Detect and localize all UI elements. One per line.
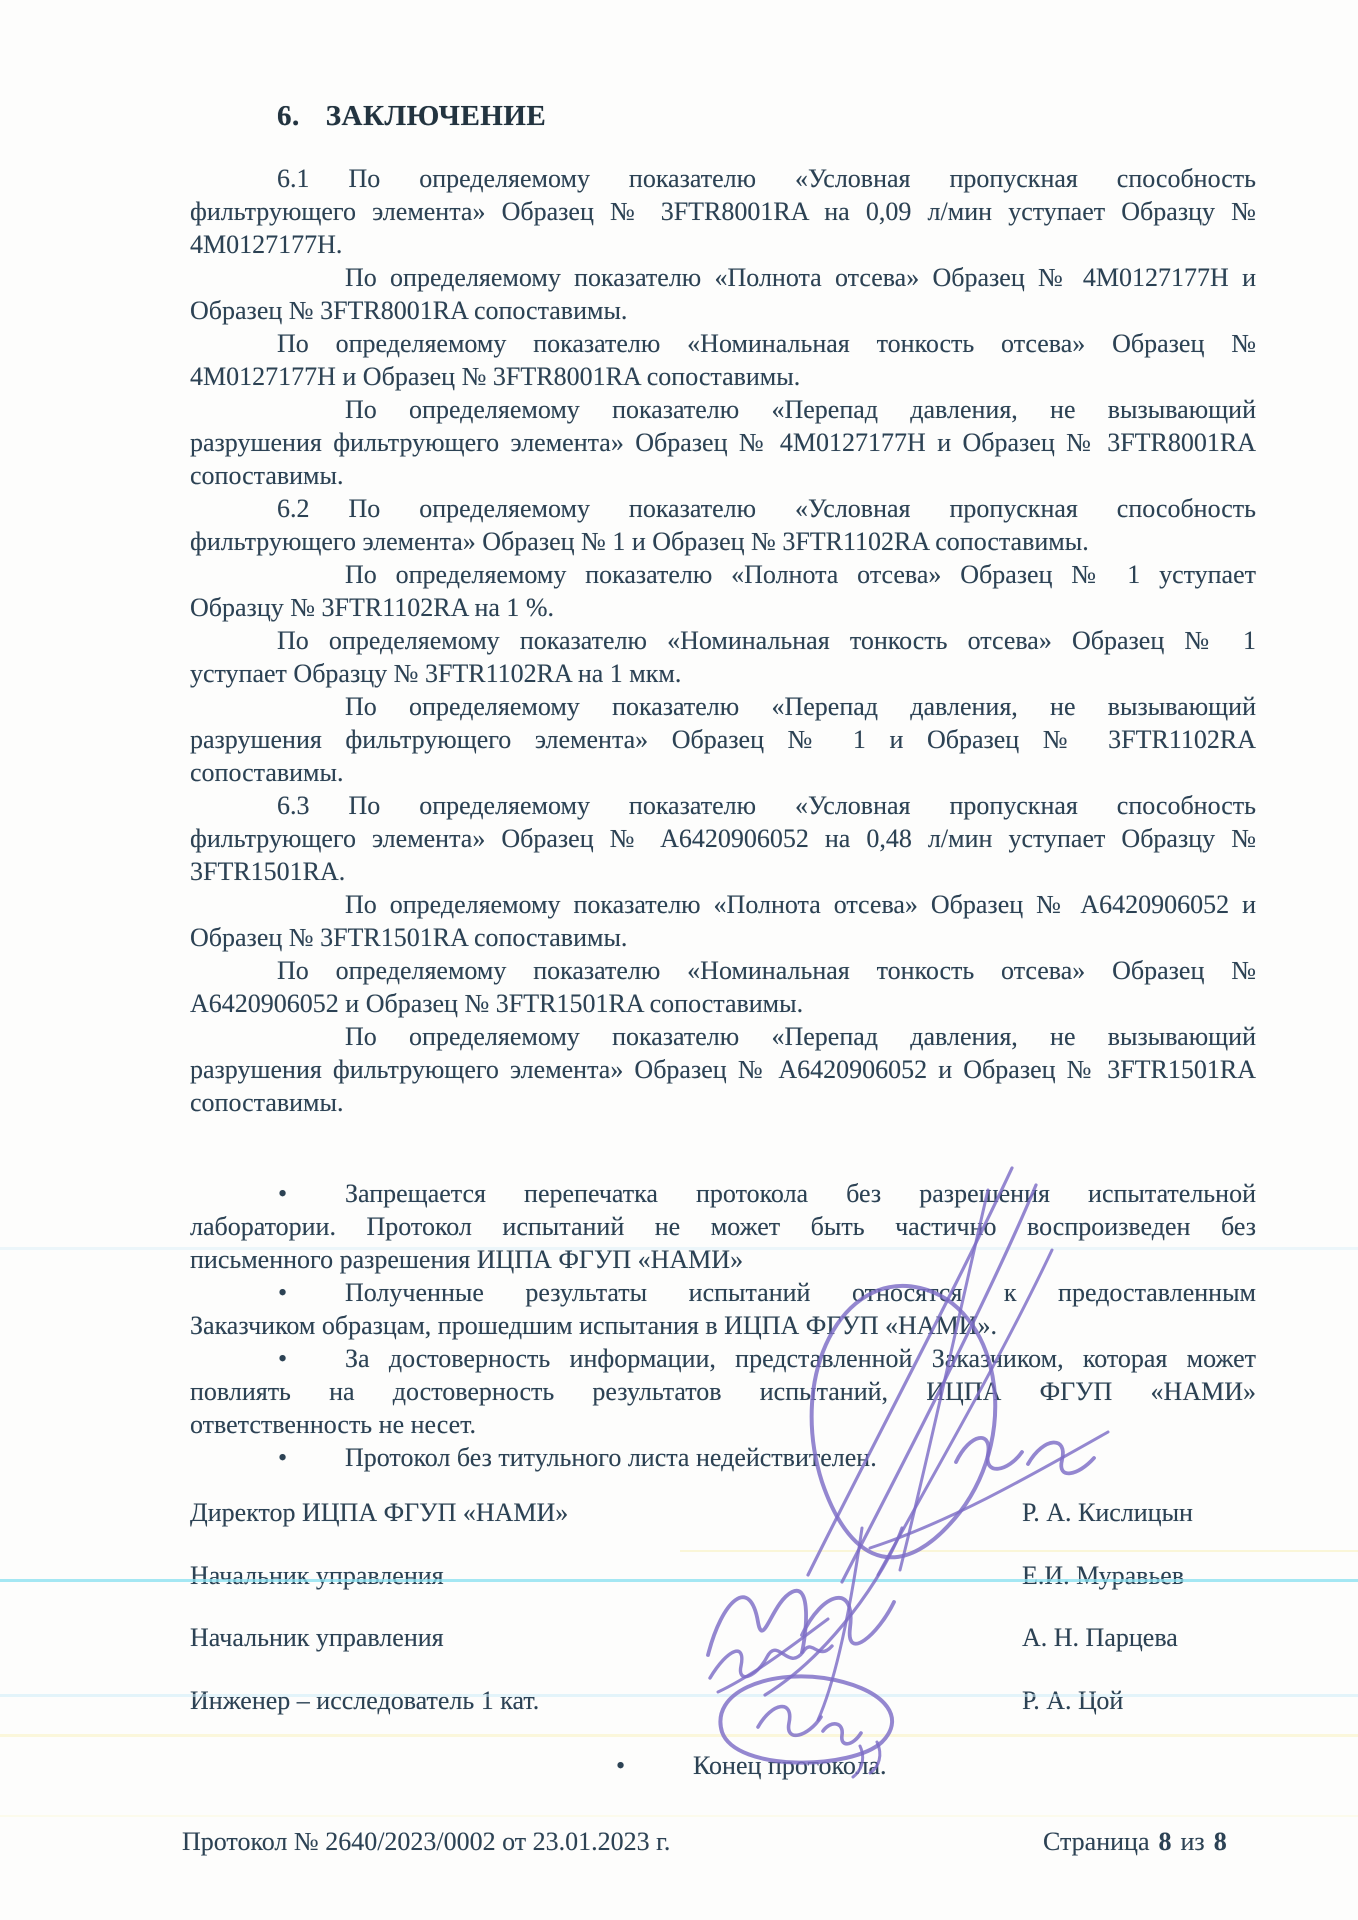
document-line: ответственность не несет. <box>190 1408 1256 1441</box>
document-line: фильтрующего элемента» Образец № A642090… <box>190 822 1256 855</box>
document-line: По определяемому показателю «Перепад дав… <box>190 1020 1256 1053</box>
note-text: Запрещается перепечатка протокола без ра… <box>345 1179 1256 1208</box>
signature-role: Начальник управления <box>190 1561 444 1590</box>
signature-row: Начальник управления Е.И. Муравьев <box>190 1559 1256 1593</box>
footer-protocol-number: Протокол № 2640/2023/0002 от 23.01.2023 … <box>182 1827 670 1857</box>
document-line: уступает Образцу № 3FTR1102RA на 1 мкм. <box>190 657 1256 690</box>
document-line: сопоставимы. <box>190 756 1256 789</box>
bullet-icon: • <box>616 1751 625 1781</box>
signature-role: Инженер – исследователь 1 кат. <box>190 1686 539 1715</box>
document-line: Образец № 3FTR1501RA сопоставимы. <box>190 921 1256 954</box>
signature-role: Начальник управления <box>190 1623 444 1652</box>
document-line: Образец № 3FTR8001RA сопоставимы. <box>190 294 1256 327</box>
signature-row: Директор ИЦПА ФГУП «НАМИ» Р. А. Кислицын <box>190 1496 1256 1530</box>
document-line: 6.3 По определяемому показателю «Условна… <box>190 789 1256 822</box>
page-label: Страница <box>1043 1827 1150 1856</box>
scan-artifact-line <box>680 1550 1358 1552</box>
document-line: По определяемому показателю «Номинальная… <box>190 327 1256 360</box>
document-page: 6.ЗАКЛЮЧЕНИЕ 6.1 По определяемому показа… <box>0 0 1358 1920</box>
note-text: Полученные результаты испытаний относятс… <box>345 1278 1256 1307</box>
conclusion-text-block: 6.1 По определяемому показателю «Условна… <box>190 162 1256 1119</box>
section-number: 6. <box>277 100 300 132</box>
document-line: A6420906052 и Образец № 3FTR1501RA сопос… <box>190 987 1256 1020</box>
notes-text-block: •Запрещается перепечатка протокола без р… <box>190 1177 1256 1474</box>
document-line: 4M0127177H. <box>190 228 1256 261</box>
scan-artifact-line <box>0 1815 1358 1817</box>
document-line: •Полученные результаты испытаний относят… <box>190 1276 1256 1309</box>
scan-artifact-line <box>0 1734 1358 1737</box>
bullet-icon: • <box>278 1441 287 1474</box>
document-line: письменного разрешения ИЦПА ФГУП «НАМИ» <box>190 1243 1256 1276</box>
document-line: фильтрующего элемента» Образец № 3FTR800… <box>190 195 1256 228</box>
document-line: По определяемому показателю «Полнота отс… <box>190 558 1256 591</box>
document-line: •Протокол без титульного листа недействи… <box>190 1441 1256 1474</box>
section-title: ЗАКЛЮЧЕНИЕ <box>326 100 547 132</box>
section-heading: 6.ЗАКЛЮЧЕНИЕ <box>277 100 546 133</box>
document-line: 6.2 По определяемому показателю «Условна… <box>190 492 1256 525</box>
bullet-icon: • <box>278 1342 287 1375</box>
note-text: За достоверность информации, представлен… <box>345 1344 1256 1373</box>
signature-name: Р. А. Кислицын <box>1022 1496 1193 1530</box>
signature-name: Р. А. Цой <box>1022 1684 1123 1718</box>
signature-role: Директор ИЦПА ФГУП «НАМИ» <box>190 1498 568 1527</box>
document-line: По определяемому показателю «Номинальная… <box>190 954 1256 987</box>
page-current: 8 <box>1159 1827 1172 1856</box>
signature-name: Е.И. Муравьев <box>1022 1559 1184 1593</box>
document-line: фильтрующего элемента» Образец № 1 и Обр… <box>190 525 1256 558</box>
document-line: 3FTR1501RA. <box>190 855 1256 888</box>
page-of-label: из <box>1181 1827 1205 1856</box>
document-line: По определяемому показателю «Полнота отс… <box>190 888 1256 921</box>
document-line: По определяемому показателю «Перепад дав… <box>190 690 1256 723</box>
document-line: Заказчиком образцам, прошедшим испытания… <box>190 1309 1256 1342</box>
document-line: 4M0127177H и Образец № 3FTR8001RA сопост… <box>190 360 1256 393</box>
document-line: 6.1 По определяемому показателю «Условна… <box>190 162 1256 195</box>
document-line: лаборатории. Протокол испытаний не может… <box>190 1210 1256 1243</box>
document-line: разрушения фильтрующего элемента» Образе… <box>190 1053 1256 1086</box>
signature-row: Инженер – исследователь 1 кат. Р. А. Цой <box>190 1684 1256 1718</box>
document-line: сопоставимы. <box>190 459 1256 492</box>
signature-name: А. Н. Парцева <box>1022 1621 1178 1655</box>
page-total: 8 <box>1214 1827 1227 1856</box>
document-line: повлиять на достоверность результатов ис… <box>190 1375 1256 1408</box>
document-line: разрушения фильтрующего элемента» Образе… <box>190 723 1256 756</box>
document-line: Образцу № 3FTR1102RA на 1 %. <box>190 591 1256 624</box>
bullet-icon: • <box>278 1177 287 1210</box>
document-line: •Запрещается перепечатка протокола без р… <box>190 1177 1256 1210</box>
note-text: Протокол без титульного листа недействит… <box>345 1443 877 1472</box>
footer-page-number: Страница8из8 <box>1043 1827 1227 1857</box>
document-line: По определяемому показателю «Перепад дав… <box>190 393 1256 426</box>
document-line: По определяемому показателю «Номинальная… <box>190 624 1256 657</box>
document-line: •За достоверность информации, представле… <box>190 1342 1256 1375</box>
document-line: сопоставимы. <box>190 1086 1256 1119</box>
document-line: разрушения фильтрующего элемента» Образе… <box>190 426 1256 459</box>
document-line: По определяемому показателю «Полнота отс… <box>190 261 1256 294</box>
bullet-icon: • <box>278 1276 287 1309</box>
signature-row: Начальник управления А. Н. Парцева <box>190 1621 1256 1655</box>
end-note-text: Конец протокола. <box>693 1751 887 1781</box>
